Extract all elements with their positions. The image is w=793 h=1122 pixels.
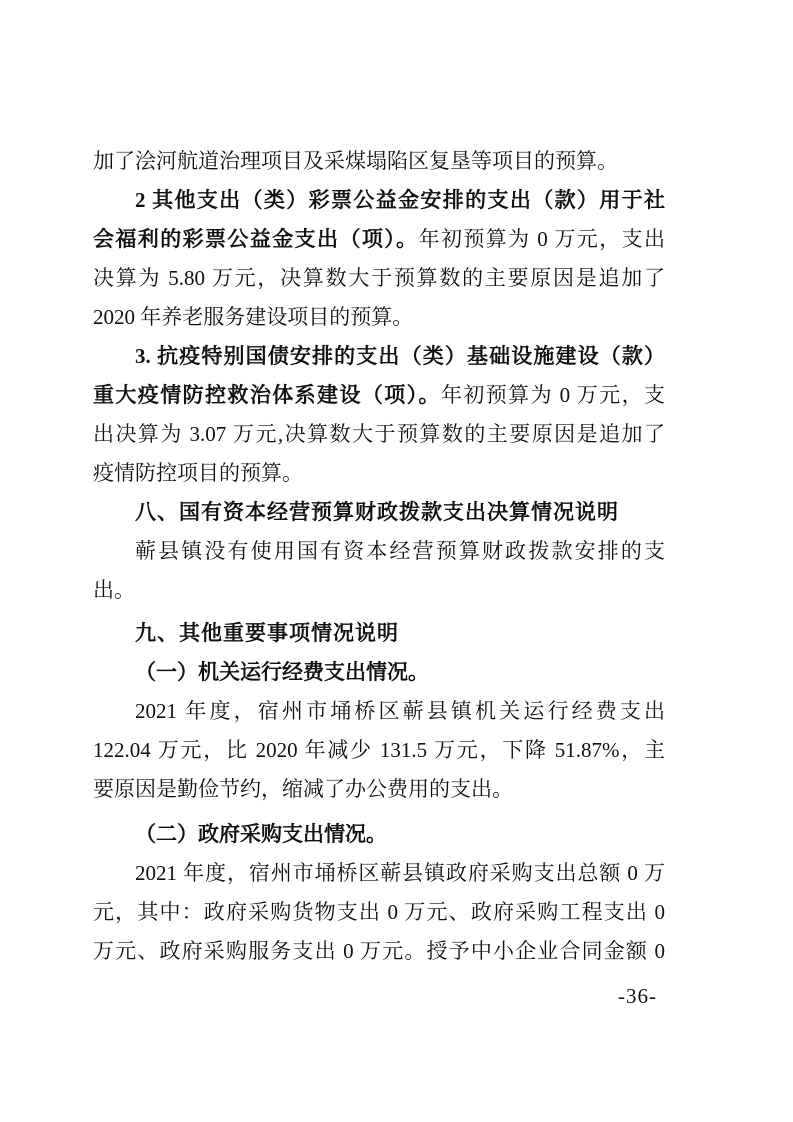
page-number: -36- bbox=[618, 984, 657, 1009]
section-heading-9: 九、其他重要事项情况说明 bbox=[93, 614, 665, 653]
paragraph-line: 要原因是勤俭节约，缩减了办公费用的支出。 bbox=[93, 770, 665, 809]
paragraph-line: 2021 年度，宿州市埇桥区蕲县镇政府采购支出总额 0 万 bbox=[93, 854, 665, 893]
paragraph-line: 会福利的彩票公益金支出（项）。年初预算为 0 万元，支出 bbox=[93, 220, 665, 259]
paragraph-line-bold: 2 其他支出（类）彩票公益金安排的支出（款）用于社 bbox=[93, 181, 665, 220]
paragraph-line: 122.04 万元，比 2020 年减少 131.5 万元，下降 51.87%，… bbox=[93, 731, 665, 770]
paragraph-line: 决算为 5.80 万元，决算数大于预算数的主要原因是追加了 bbox=[93, 259, 665, 298]
paragraph-line: 万元、政府采购服务支出 0 万元。授予中小企业合同金额 0 bbox=[93, 932, 665, 971]
paragraph-line: 2021 年度，宿州市埇桥区蕲县镇机关运行经费支出 bbox=[93, 692, 665, 731]
document-page: 加了浍河航道治理项目及采煤塌陷区复垦等项目的预算。 2 其他支出（类）彩票公益金… bbox=[0, 0, 793, 1122]
body-text: 年初预算为 0 万元，支出 bbox=[419, 227, 665, 251]
text-block: 加了浍河航道治理项目及采煤塌陷区复垦等项目的预算。 2 其他支出（类）彩票公益金… bbox=[93, 142, 665, 971]
paragraph-line: 蕲县镇没有使用国有资本经营预算财政拨款安排的支 bbox=[93, 532, 665, 571]
subsection-heading-1: （一）机关运行经费支出情况。 bbox=[93, 653, 665, 692]
paragraph-line: 2020 年养老服务建设项目的预算。 bbox=[93, 298, 665, 337]
paragraph-line: 元，其中：政府采购货物支出 0 万元、政府采购工程支出 0 bbox=[93, 893, 665, 932]
paragraph-line: 出。 bbox=[93, 571, 665, 610]
paragraph-line: 疫情防控项目的预算。 bbox=[93, 454, 665, 493]
paragraph-line: 加了浍河航道治理项目及采煤塌陷区复垦等项目的预算。 bbox=[93, 142, 665, 181]
paragraph-line-bold: 3. 抗疫特别国债安排的支出（类）基础设施建设（款） bbox=[93, 337, 665, 376]
paragraph-line: 重大疫情防控救治体系建设（项）。年初预算为 0 万元，支 bbox=[93, 376, 665, 415]
paragraph-line: 出决算为 3.07 万元,决算数大于预算数的主要原因是追加了 bbox=[93, 415, 665, 454]
section-heading-8: 八、国有资本经营预算财政拨款支出决算情况说明 bbox=[93, 493, 665, 532]
body-text: 年初预算为 0 万元，支 bbox=[441, 383, 665, 407]
bold-lead-text: 会福利的彩票公益金支出（项）。 bbox=[93, 227, 419, 251]
bold-lead-text: 重大疫情防控救治体系建设（项）。 bbox=[93, 383, 441, 407]
subsection-heading-2: （二）政府采购支出情况。 bbox=[93, 815, 665, 854]
